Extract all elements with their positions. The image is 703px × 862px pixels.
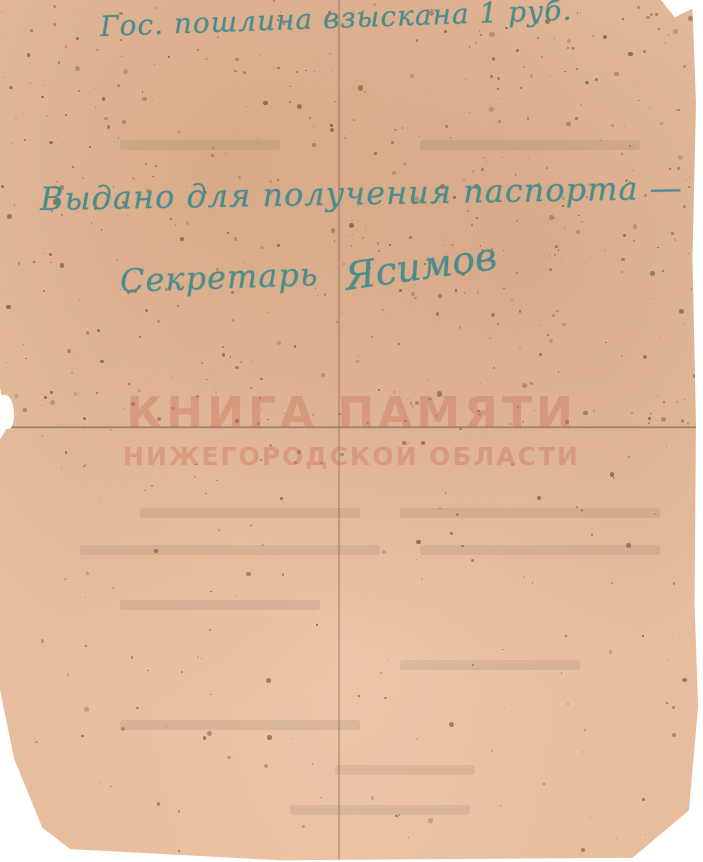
bleed-through-text xyxy=(140,508,360,518)
stamp-duty-note: Гос. пошлина взыскана 1 руб. xyxy=(99,0,572,43)
bleed-through-text xyxy=(335,765,475,775)
bleed-through-text xyxy=(400,508,660,518)
bleed-through-text xyxy=(420,140,640,150)
watermark-title: КНИГА ПАМЯТИ xyxy=(0,388,703,439)
secretary-label: Секретарь xyxy=(119,255,318,300)
watermark-subtitle: НИЖЕГОРОДСКОЙ ОБЛАСТИ xyxy=(0,442,703,471)
bleed-through-text xyxy=(420,545,660,555)
bleed-through-text xyxy=(120,720,360,730)
secretary-signature: Ясимов xyxy=(342,234,500,299)
bleed-through-text xyxy=(400,660,580,670)
document-paper: Гос. пошлина взыскана 1 руб. Выдано для … xyxy=(0,0,703,862)
bleed-through-text xyxy=(290,805,470,815)
bleed-through-text xyxy=(120,600,320,610)
issued-for-passport-note: Выдано для получения паспорта — 8/II-36 xyxy=(40,167,703,218)
bleed-through-text xyxy=(120,140,280,150)
bleed-through-text xyxy=(80,545,380,555)
